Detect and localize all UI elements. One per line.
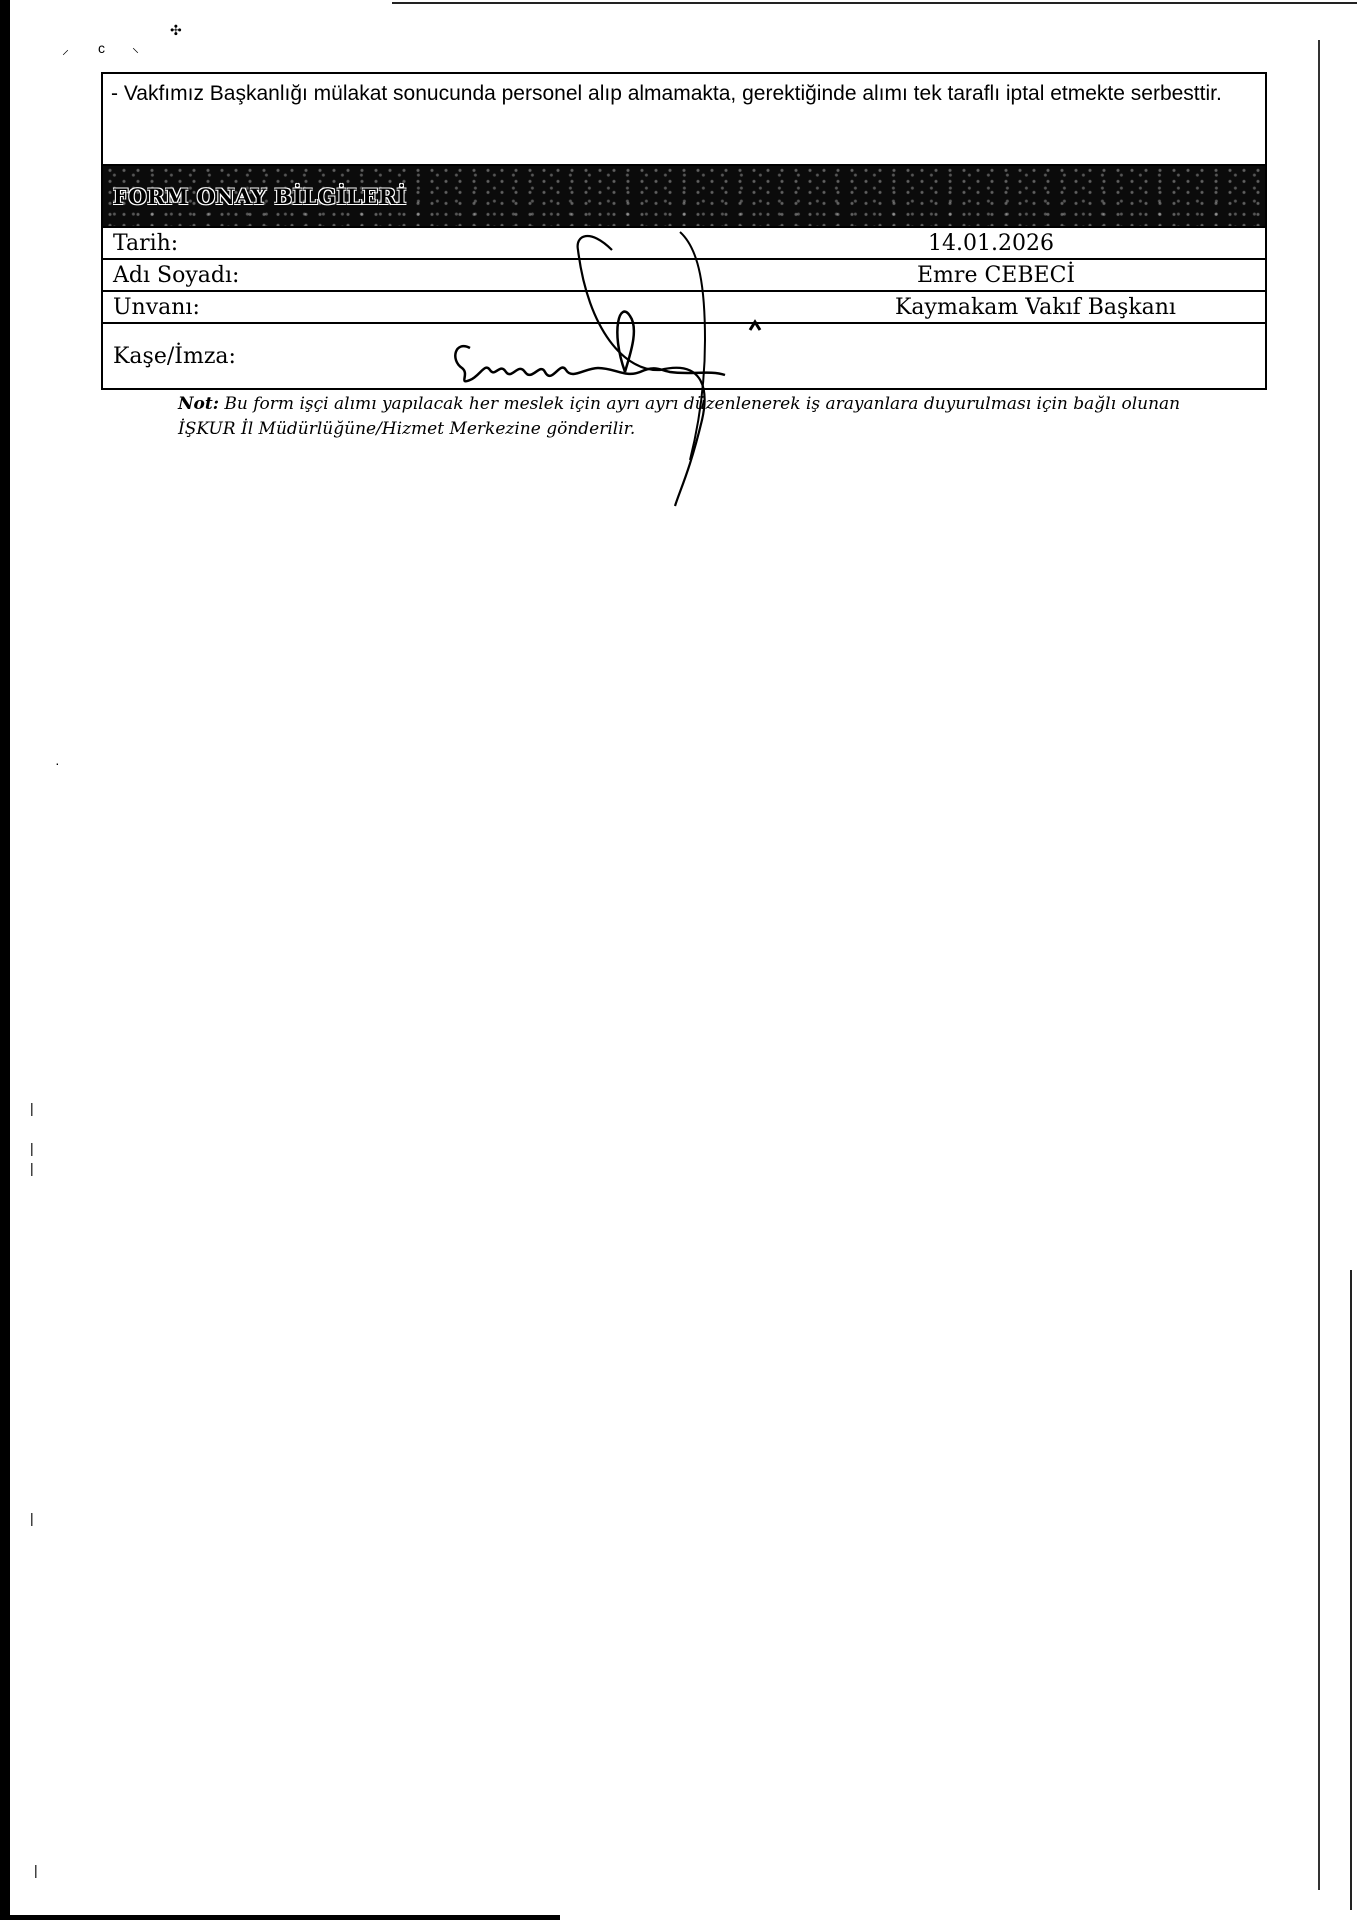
field-row-name: Adı Soyadı: Emre CEBECİ xyxy=(103,260,1265,292)
scan-speck: ⸜ xyxy=(132,38,139,57)
scan-speck: | xyxy=(34,1862,38,1878)
scan-border-bottom xyxy=(0,1915,560,1920)
form-approval-table: FORM ONAY BİLGİLERİ Tarih: 14.01.2026 Ad… xyxy=(101,164,1267,390)
field-value-name: Emre CEBECİ xyxy=(503,263,1265,288)
scan-speck: | xyxy=(30,1100,34,1116)
field-label: Tarih: xyxy=(103,231,503,256)
scan-speck: c xyxy=(98,40,105,56)
scan-speck: · xyxy=(55,755,60,771)
scan-speck: ✣ xyxy=(170,22,182,39)
field-value-date: 14.01.2026 xyxy=(503,231,1265,256)
scan-speck: ⸝ xyxy=(62,40,69,59)
scan-border-left xyxy=(0,0,10,1920)
section-header: FORM ONAY BİLGİLERİ xyxy=(103,166,1265,228)
notice-box: - Vakfımız Başkanlığı mülakat sonucunda … xyxy=(101,72,1267,164)
notice-text: - Vakfımız Başkanlığı mülakat sonucunda … xyxy=(103,74,1265,114)
footnote: Not: Bu form işçi alımı yapılacak her me… xyxy=(178,392,1188,442)
field-row-date: Tarih: 14.01.2026 xyxy=(103,228,1265,260)
scan-speck: | xyxy=(30,1140,34,1156)
section-header-title: FORM ONAY BİLGİLERİ xyxy=(113,184,407,209)
scan-speck: | xyxy=(30,1160,34,1176)
field-row-signature: Kaşe/İmza: xyxy=(103,324,1265,388)
scan-border-right xyxy=(1318,40,1320,1890)
field-row-title: Unvanı: Kaymakam Vakıf Başkanı xyxy=(103,292,1265,324)
field-label: Unvanı: xyxy=(103,295,503,320)
field-value-title: Kaymakam Vakıf Başkanı xyxy=(503,295,1265,320)
note-text: Bu form işçi alımı yapılacak her meslek … xyxy=(178,394,1180,439)
field-label: Adı Soyadı: xyxy=(103,263,503,288)
note-label: Not: xyxy=(178,394,219,414)
scan-border-top xyxy=(392,2,1357,4)
scan-speck: | xyxy=(30,1510,34,1526)
scan-border-right-outer xyxy=(1350,1270,1352,1910)
field-label: Kaşe/İmza: xyxy=(103,344,503,369)
